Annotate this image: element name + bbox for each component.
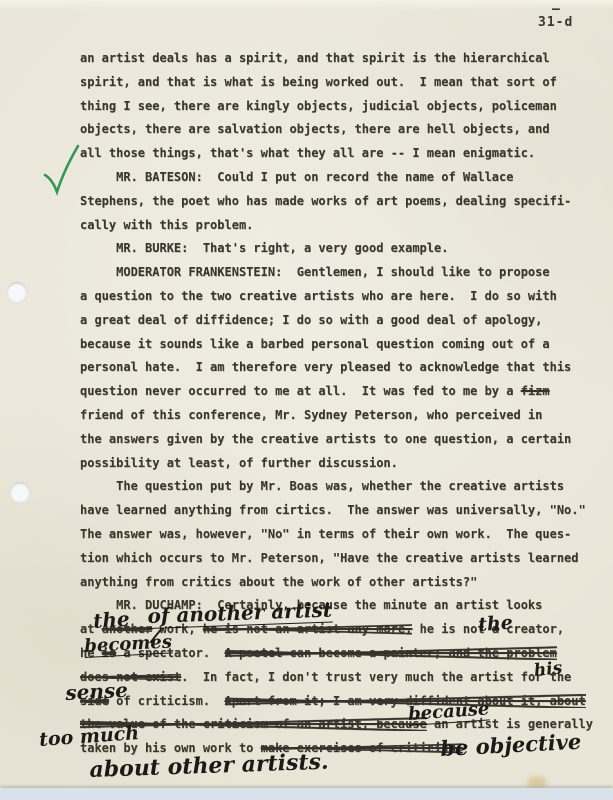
typed-line: a question to the two creative artists w… — [80, 285, 580, 309]
typed-line: The question put by Mr. Boas was, whethe… — [80, 475, 580, 499]
typed-line: cally with this problem. — [80, 214, 580, 238]
typed-text-segment: MR. BATESON: Could I put on record the n… — [80, 170, 513, 184]
struck-text: the value of the criticism of an artist,… — [80, 717, 427, 731]
typed-text-segment: the answers given by the creative artist… — [80, 432, 571, 446]
typed-text-segment: Stephens, the poet who has made works of… — [80, 194, 571, 208]
typed-line: the value of the criticism of an artist,… — [80, 713, 580, 737]
typed-text-segment: he — [80, 646, 102, 660]
typed-line: MR. BATESON: Could I put on record the n… — [80, 166, 580, 190]
struck-text: he is not an artist any more, — [203, 622, 413, 636]
typed-line: he is a spectator. A poetel can become a… — [80, 642, 580, 666]
typed-line: MR. BURKE: That's right, a very good exa… — [80, 237, 580, 261]
typed-line: MODERATOR FRANKENSTEIN: Gentlemen, I sho… — [80, 261, 580, 285]
typed-text-segment: The answer was, however, "No" in terms o… — [80, 527, 571, 541]
typed-line: anything from critics about the work of … — [80, 571, 580, 595]
typed-text-segment: have learned anything from cirtics. The … — [80, 503, 586, 517]
typed-line: tion which occurs to Mr. Peterson, "Have… — [80, 547, 580, 571]
typed-line: MR. DUCHAMP: Certainly, because the minu… — [80, 594, 580, 618]
typed-text-segment: anything from critics about the work of … — [80, 575, 477, 589]
typed-text-segment: a great deal of diffidence; I do so with… — [80, 313, 542, 327]
typed-line: does not exist. In fact, I don't trust v… — [80, 666, 580, 690]
typed-line: The answer was, however, "No" in terms o… — [80, 523, 580, 547]
typed-line: spirit, and that is what is being worked… — [80, 71, 580, 95]
typed-line: objects, there are salvation objects, th… — [80, 118, 580, 142]
typed-text-segment: thing I see, there are kingly objects, j… — [80, 99, 557, 113]
typed-text-segment: creator, — [499, 622, 564, 636]
typed-text: an artist deals has a spirit, and that s… — [80, 47, 580, 761]
typed-text-segment: . In fact, I don't trust very much the a… — [181, 670, 571, 684]
typed-line: taken by his own work to make exercises … — [80, 737, 580, 761]
typed-line: the answers given by the creative artist… — [80, 428, 580, 452]
typed-text-segment: taken by his own work to — [80, 741, 261, 755]
scan-edge-bottom — [0, 788, 613, 800]
typed-text-segment: personal hate. I am therefore very pleas… — [80, 360, 571, 374]
typed-line: question never occurred to me at all. It… — [80, 380, 580, 404]
scan-edge-top — [0, 0, 613, 10]
typed-text-segment: question never occurred to me at all. It… — [80, 384, 521, 398]
typed-line: have learned anything from cirtics. The … — [80, 499, 580, 523]
typed-line: at another work, he is not an artist any… — [80, 618, 580, 642]
hole-punch — [10, 482, 30, 502]
checkmark-path — [45, 146, 78, 192]
hole-punch — [7, 282, 27, 302]
typed-line: Stephens, the poet who has made works of… — [80, 190, 580, 214]
typed-text-segment: all those things, that's what they all a… — [80, 146, 535, 160]
typed-line: thing I see, there are kingly objects, j… — [80, 95, 580, 119]
typed-text-segment: work, — [152, 622, 203, 636]
struck-text: fizm — [521, 384, 550, 398]
typed-text-segment: possibility at least, of further discuss… — [80, 456, 398, 470]
typed-text-segment: of criticism. — [109, 694, 225, 708]
typed-line: possibility at least, of further discuss… — [80, 452, 580, 476]
struck-text: another — [102, 622, 153, 636]
struck-text: Apart from it; I am very diffident about… — [225, 694, 586, 708]
typed-text-segment: tion which occurs to Mr. Peterson, "Have… — [80, 551, 579, 565]
typed-text-segment: The question put by Mr. Boas was, whethe… — [80, 479, 564, 493]
checkmark-icon — [38, 142, 82, 202]
typed-line: a great deal of diffidence; I do so with… — [80, 309, 580, 333]
typed-text-segment: objects, there are salvation objects, th… — [80, 122, 550, 136]
typed-text-segment: spirit, and that is what is being worked… — [80, 75, 557, 89]
typed-text-segment: an artist is generally — [427, 717, 593, 731]
struck-text: make exercises of criticism. — [261, 741, 463, 755]
typed-line: an artist deals has a spirit, and that s… — [80, 47, 580, 71]
struck-text: is — [102, 646, 116, 660]
typed-text-segment: MR. DUCHAMP: Certainly, because the minu… — [80, 598, 542, 612]
typed-text-segment: a question to the two creative artists w… — [80, 289, 557, 303]
typed-text-segment: at — [80, 622, 102, 636]
struck-text: A poetel can become a painter; and the p… — [225, 646, 557, 660]
typed-line: friend of this conference, Mr. Sydney Pe… — [80, 404, 580, 428]
typed-text-segment: MODERATOR FRANKENSTEIN: Gentlemen, I sho… — [80, 265, 550, 279]
struck-text: does not exist — [80, 670, 181, 684]
typed-text-segment: MR. BURKE: That's right, a very good exa… — [80, 241, 448, 255]
typed-line: because it sounds like a barbed personal… — [80, 333, 580, 357]
struck-text: side — [80, 694, 109, 708]
typed-text-segment: because it sounds like a barbed personal… — [80, 337, 550, 351]
scanned-page: – 31-d an artist deals has a spirit, and… — [0, 0, 613, 800]
typed-text-segment: friend of this conference, Mr. Sydney Pe… — [80, 408, 542, 422]
page-number: 31-d — [538, 15, 573, 30]
struck-text: a — [492, 622, 499, 636]
typed-text-segment: a spectator. — [116, 646, 224, 660]
typed-text-segment: an artist deals has a spirit, and that s… — [80, 51, 550, 65]
typed-line: side of criticism. Apart from it; I am v… — [80, 690, 580, 714]
typed-line: all those things, that's what they all a… — [80, 142, 580, 166]
typed-line: personal hate. I am therefore very pleas… — [80, 356, 580, 380]
typed-text-segment: cally with this problem. — [80, 218, 253, 232]
typed-text-segment: he is not — [412, 622, 491, 636]
